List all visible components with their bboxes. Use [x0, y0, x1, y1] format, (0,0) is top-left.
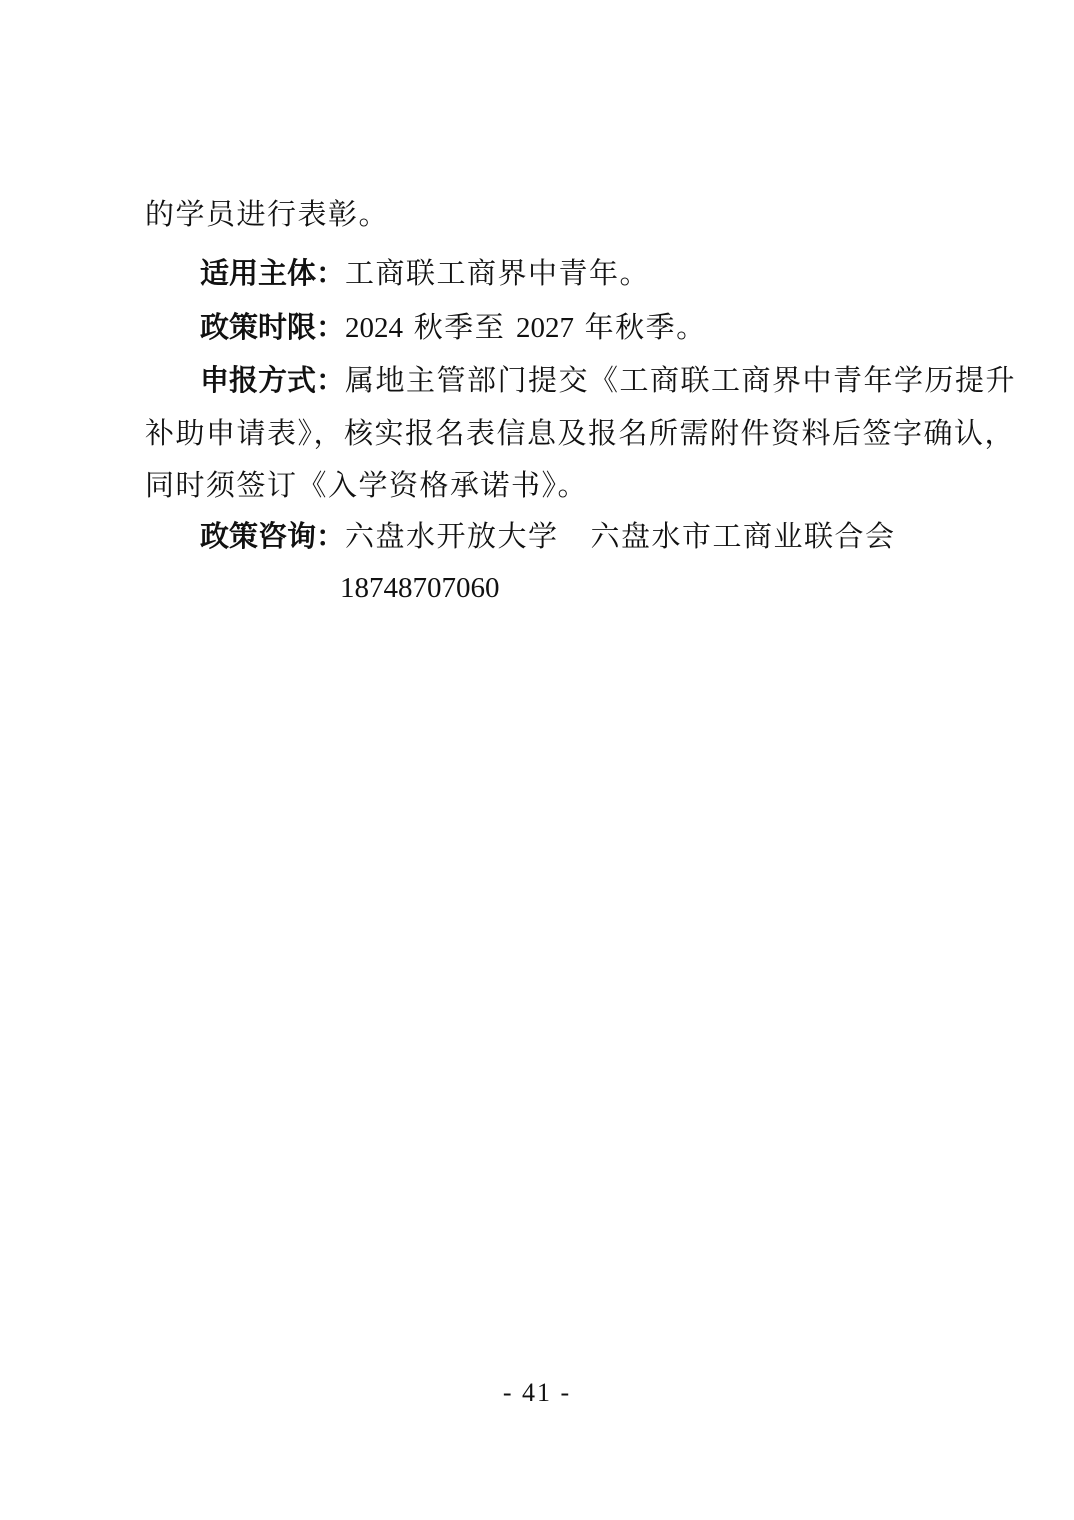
consultation-org-open-university: 六盘水开放大学	[345, 519, 559, 553]
application-method-line3: 同时须签订《入学资格承诺书》。	[145, 467, 588, 503]
policy-period-label: 政策时限：	[200, 310, 345, 344]
document-page: 的学员进行表彰。 适用主体：工商联工商界中青年。 政策时限：2024 秋季至 2…	[0, 0, 1074, 1520]
policy-period-end-year: 2027	[516, 312, 574, 344]
policy-period-mid-text: 秋季至	[403, 310, 516, 344]
consultation-phone-number: 18748707060	[340, 570, 500, 606]
application-method-paragraph-line1: 申报方式：属地主管部门提交《工商联工商界中青年学历提升	[200, 362, 1016, 398]
policy-period-start-year: 2024	[345, 312, 403, 344]
applicable-subject-label: 适用主体：	[200, 256, 345, 290]
page-number: - 41 -	[0, 1378, 1074, 1408]
application-method-label: 申报方式：	[200, 363, 345, 397]
application-method-line1: 属地主管部门提交《工商联工商界中青年学历提升	[345, 363, 1016, 397]
consultation-org-federation: 六盘水市工商业联合会	[591, 519, 896, 553]
policy-period-paragraph: 政策时限：2024 秋季至 2027 年秋季。	[200, 309, 707, 346]
application-method-line2: 补助申请表》，核实报名表信息及报名所需附件资料后签字确认，	[145, 415, 1015, 451]
continuation-text: 的学员进行表彰。	[145, 196, 389, 232]
policy-consultation-label: 政策咨询：	[200, 519, 345, 553]
policy-period-end-text: 年秋季。	[574, 310, 707, 344]
policy-consultation-paragraph: 政策咨询：六盘水开放大学六盘水市工商业联合会	[200, 518, 896, 554]
applicable-subject-value: 工商联工商界中青年。	[345, 256, 650, 290]
applicable-subject-paragraph: 适用主体：工商联工商界中青年。	[200, 255, 650, 291]
